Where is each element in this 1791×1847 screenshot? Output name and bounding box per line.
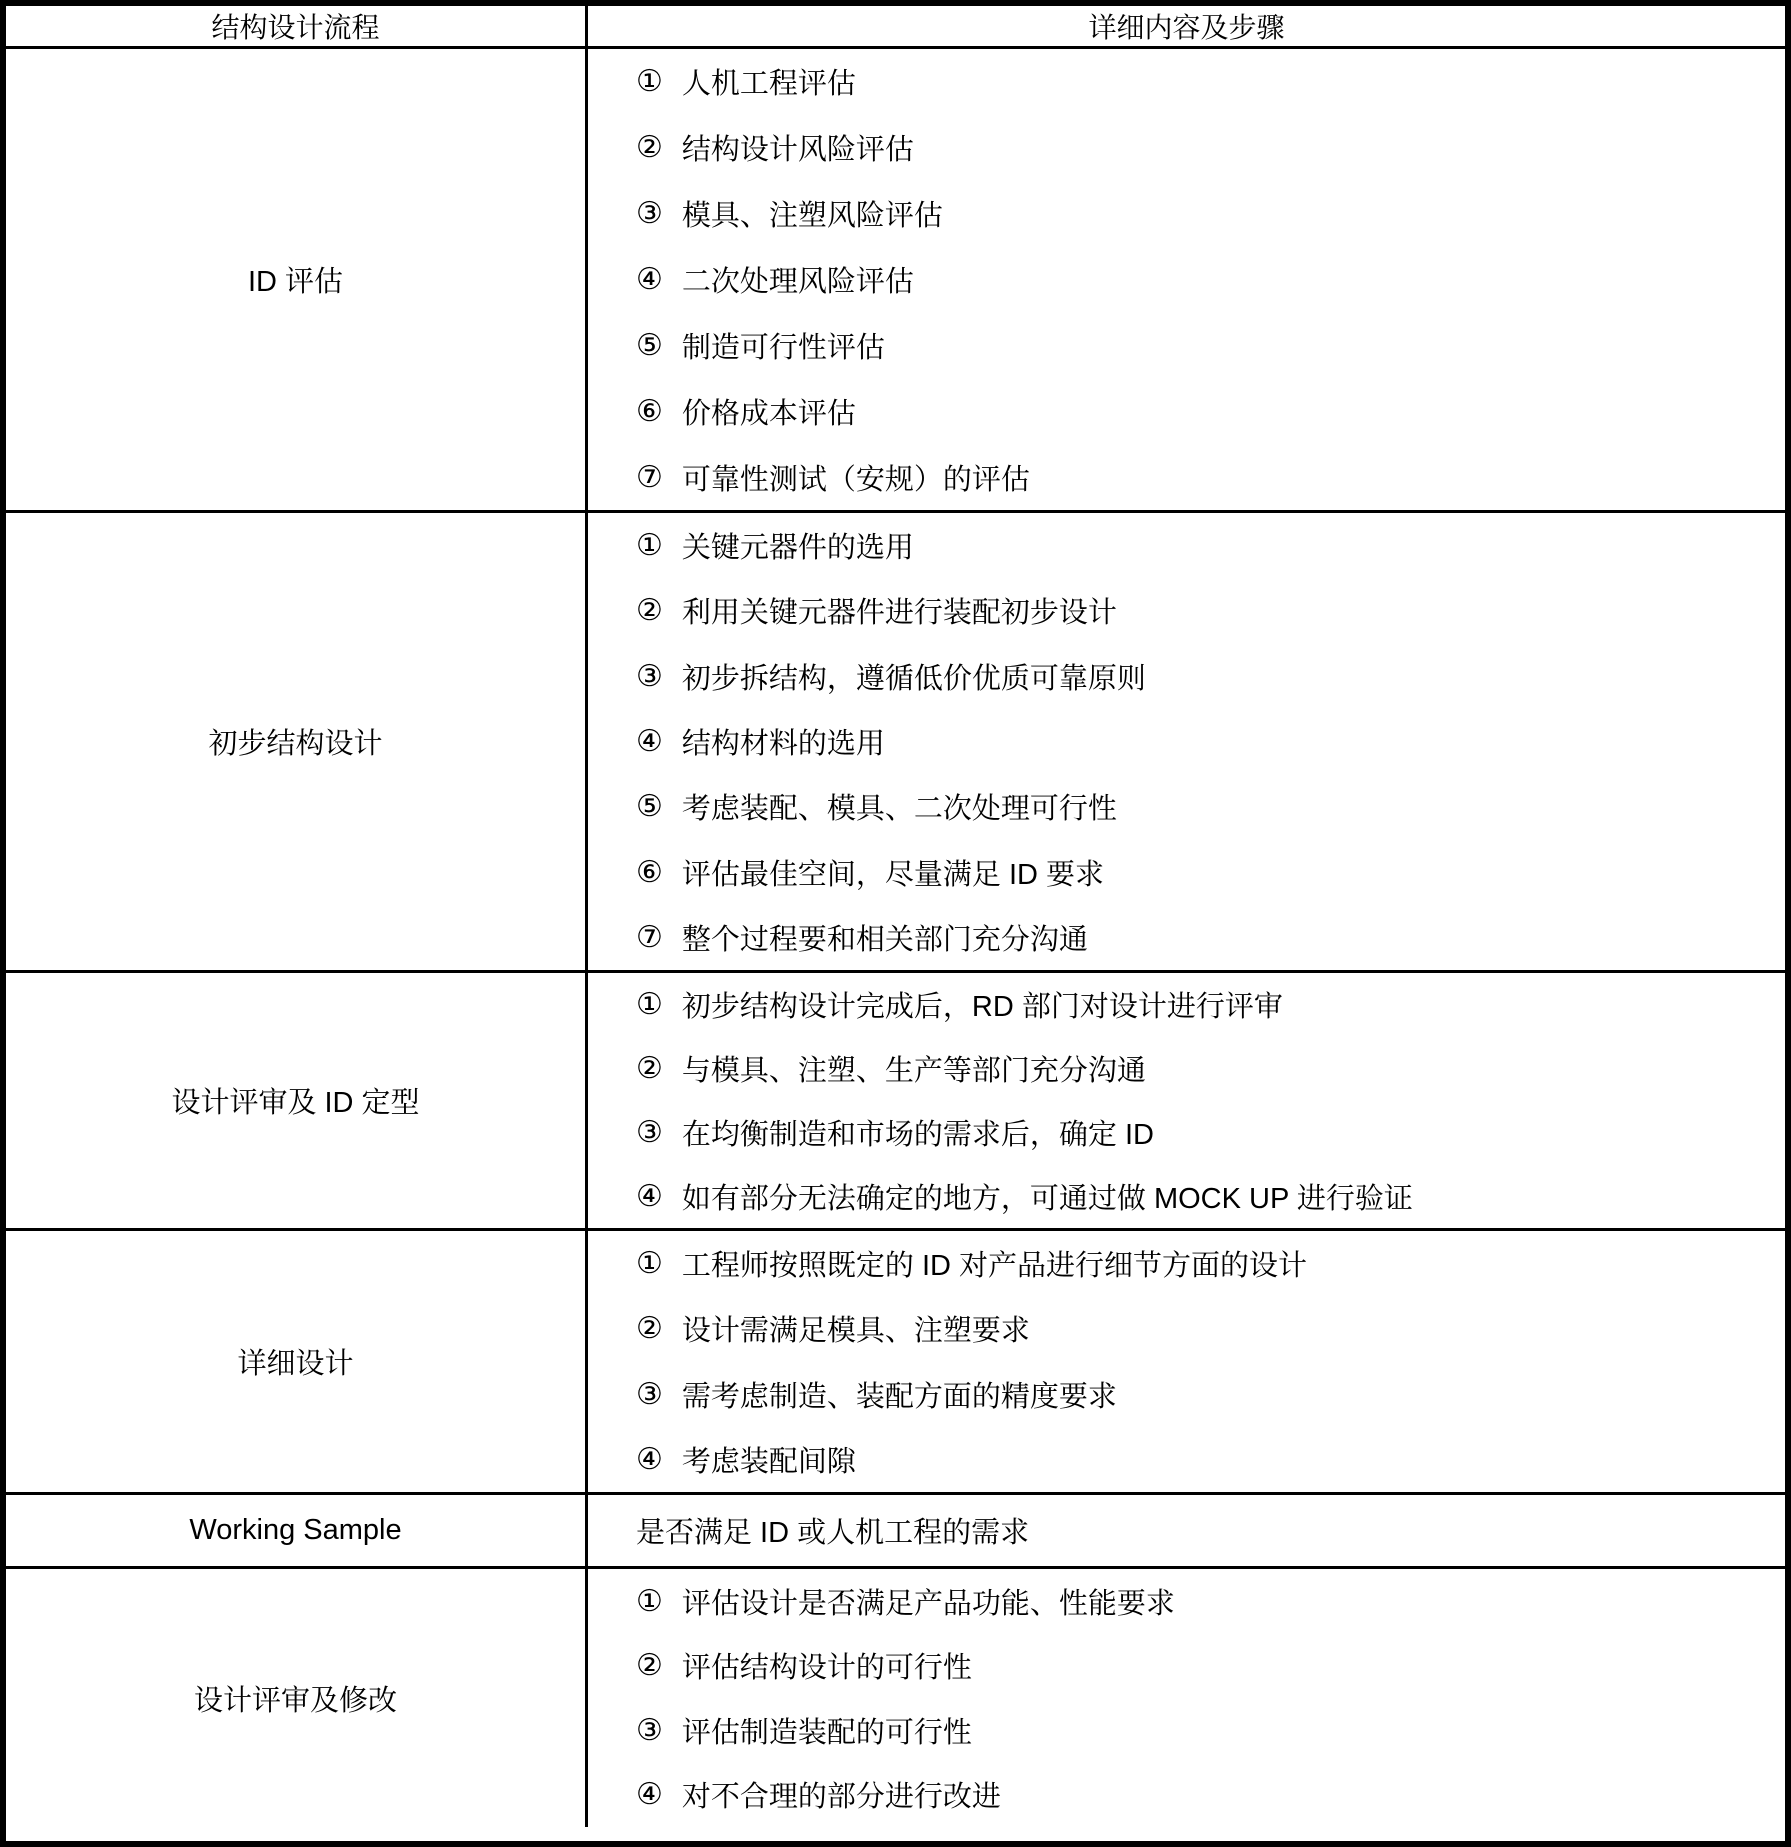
step-item: ①工程师按照既定的 ID 对产品进行细节方面的设计 <box>588 1231 1785 1296</box>
step-item: ③评估制造装配的可行性 <box>588 1698 1785 1763</box>
circled-number-marker: ② <box>636 593 663 628</box>
step-text: 利用关键元器件进行装配初步设计 <box>682 590 1765 631</box>
step-item: ①初步结构设计完成后，RD 部门对设计进行评审 <box>588 973 1785 1037</box>
content-cell: ①人机工程评估②结构设计风险评估③模具、注塑风险评估④二次处理风险评估⑤制造可行… <box>588 49 1785 510</box>
step-text: 人机工程评估 <box>682 61 1765 102</box>
circled-number-marker: ③ <box>636 196 663 231</box>
table-body: ID 评估①人机工程评估②结构设计风险评估③模具、注塑风险评估④二次处理风险评估… <box>6 46 1785 1827</box>
circled-number-marker: ① <box>636 1584 663 1619</box>
step-text: 评估制造装配的可行性 <box>682 1710 1765 1751</box>
table-row: 设计评审及修改①评估设计是否满足产品功能、性能要求②评估结构设计的可行性③评估制… <box>6 1566 1785 1827</box>
step-item: ⑥价格成本评估 <box>588 378 1785 444</box>
document-page: 结构设计流程 详细内容及步骤 ID 评估①人机工程评估②结构设计风险评估③模具、… <box>0 0 1791 1847</box>
stage-cell: Working Sample <box>6 1495 588 1566</box>
step-text: 结构材料的选用 <box>682 721 1765 762</box>
step-text: 对不合理的部分进行改进 <box>682 1774 1765 1815</box>
circled-number-marker: ① <box>636 1246 663 1281</box>
step-item: ④考虑装配间隙 <box>588 1427 1785 1492</box>
circled-number-marker: ③ <box>636 659 663 694</box>
circled-number-marker: ④ <box>636 1777 663 1812</box>
step-text: 模具、注塑风险评估 <box>682 193 1765 234</box>
table-row: 设计评审及 ID 定型①初步结构设计完成后，RD 部门对设计进行评审②与模具、注… <box>6 970 1785 1228</box>
header-stage-cell: 结构设计流程 <box>6 6 588 46</box>
circled-number-marker: ② <box>636 1051 663 1086</box>
circled-number-marker: ③ <box>636 1115 663 1150</box>
step-item: ②设计需满足模具、注塑要求 <box>588 1296 1785 1361</box>
step-item: ⑥评估最佳空间，尽量满足 ID 要求 <box>588 839 1785 904</box>
circled-number-marker: ② <box>636 1648 663 1683</box>
step-text: 需考虑制造、装配方面的精度要求 <box>682 1374 1765 1415</box>
step-item: ②利用关键元器件进行装配初步设计 <box>588 578 1785 643</box>
step-text: 评估结构设计的可行性 <box>682 1645 1765 1686</box>
circled-number-marker: ③ <box>636 1713 663 1748</box>
step-item: ④对不合理的部分进行改进 <box>588 1763 1785 1828</box>
circled-number-marker: ① <box>636 987 663 1022</box>
table-row: 详细设计①工程师按照既定的 ID 对产品进行细节方面的设计②设计需满足模具、注塑… <box>6 1228 1785 1492</box>
circled-number-marker: ⑤ <box>636 328 663 363</box>
stage-cell: 初步结构设计 <box>6 513 588 970</box>
step-text: 初步结构设计完成后，RD 部门对设计进行评审 <box>682 984 1765 1025</box>
step-item: ②评估结构设计的可行性 <box>588 1634 1785 1699</box>
content-cell: ①工程师按照既定的 ID 对产品进行细节方面的设计②设计需满足模具、注塑要求③需… <box>588 1231 1785 1492</box>
circled-number-marker: ④ <box>636 724 663 759</box>
step-item: ④结构材料的选用 <box>588 709 1785 774</box>
circled-number-marker: ④ <box>636 262 663 297</box>
process-table: 结构设计流程 详细内容及步骤 ID 评估①人机工程评估②结构设计风险评估③模具、… <box>0 0 1791 1847</box>
step-item: ③需考虑制造、装配方面的精度要求 <box>588 1362 1785 1427</box>
step-text: 关键元器件的选用 <box>682 525 1765 566</box>
step-item: ①人机工程评估 <box>588 49 1785 115</box>
circled-number-marker: ⑥ <box>636 394 663 429</box>
content-cell: ①评估设计是否满足产品功能、性能要求②评估结构设计的可行性③评估制造装配的可行性… <box>588 1569 1785 1827</box>
step-item: ③在均衡制造和市场的需求后，确定 ID <box>588 1101 1785 1165</box>
step-text: 二次处理风险评估 <box>682 259 1765 300</box>
circled-number-marker: ⑦ <box>636 920 663 955</box>
step-text: 考虑装配间隙 <box>682 1439 1765 1480</box>
step-item: ①评估设计是否满足产品功能、性能要求 <box>588 1569 1785 1634</box>
stage-cell: ID 评估 <box>6 49 588 510</box>
circled-number-marker: ② <box>636 130 663 165</box>
stage-cell: 设计评审及修改 <box>6 1569 588 1827</box>
table-row: Working Sample是否满足 ID 或人机工程的需求 <box>6 1492 1785 1566</box>
step-text: 如有部分无法确定的地方，可通过做 MOCK UP 进行验证 <box>682 1176 1765 1217</box>
step-text: 评估设计是否满足产品功能、性能要求 <box>682 1581 1765 1622</box>
table-row: 初步结构设计①关键元器件的选用②利用关键元器件进行装配初步设计③初步拆结构，遵循… <box>6 510 1785 970</box>
step-text: 在均衡制造和市场的需求后，确定 ID <box>682 1112 1765 1153</box>
content-cell: 是否满足 ID 或人机工程的需求 <box>588 1495 1785 1566</box>
stage-cell: 详细设计 <box>6 1231 588 1492</box>
step-text: 与模具、注塑、生产等部门充分沟通 <box>682 1048 1765 1089</box>
step-item: ④如有部分无法确定的地方，可通过做 MOCK UP 进行验证 <box>588 1164 1785 1228</box>
step-item: ⑦整个过程要和相关部门充分沟通 <box>588 905 1785 970</box>
circled-number-marker: ④ <box>636 1179 663 1214</box>
table-row: ID 评估①人机工程评估②结构设计风险评估③模具、注塑风险评估④二次处理风险评估… <box>6 46 1785 510</box>
circled-number-marker: ⑤ <box>636 789 663 824</box>
step-item: ②结构设计风险评估 <box>588 115 1785 181</box>
step-item: ⑦可靠性测试（安规）的评估 <box>588 444 1785 510</box>
stage-cell: 设计评审及 ID 定型 <box>6 973 588 1228</box>
step-item: ④二次处理风险评估 <box>588 247 1785 313</box>
table-header-row: 结构设计流程 详细内容及步骤 <box>6 6 1785 46</box>
circled-number-marker: ① <box>636 528 663 563</box>
step-text: 工程师按照既定的 ID 对产品进行细节方面的设计 <box>682 1243 1765 1284</box>
step-item: ③初步拆结构，遵循低价优质可靠原则 <box>588 644 1785 709</box>
content-cell: ①关键元器件的选用②利用关键元器件进行装配初步设计③初步拆结构，遵循低价优质可靠… <box>588 513 1785 970</box>
step-item: ②与模具、注塑、生产等部门充分沟通 <box>588 1037 1785 1101</box>
content-cell: ①初步结构设计完成后，RD 部门对设计进行评审②与模具、注塑、生产等部门充分沟通… <box>588 973 1785 1228</box>
step-text: 可靠性测试（安规）的评估 <box>682 457 1765 498</box>
step-text: 价格成本评估 <box>682 391 1765 432</box>
circled-number-marker: ① <box>636 64 663 99</box>
circled-number-marker: ⑦ <box>636 460 663 495</box>
header-content-cell: 详细内容及步骤 <box>588 6 1785 46</box>
step-text: 评估最佳空间，尽量满足 ID 要求 <box>682 852 1765 893</box>
step-item: 是否满足 ID 或人机工程的需求 <box>588 1495 1785 1566</box>
step-text: 整个过程要和相关部门充分沟通 <box>682 917 1765 958</box>
circled-number-marker: ③ <box>636 1377 663 1412</box>
step-item: ①关键元器件的选用 <box>588 513 1785 578</box>
step-text: 是否满足 ID 或人机工程的需求 <box>636 1510 1765 1551</box>
step-text: 考虑装配、模具、二次处理可行性 <box>682 786 1765 827</box>
step-text: 制造可行性评估 <box>682 325 1765 366</box>
step-item: ⑤考虑装配、模具、二次处理可行性 <box>588 774 1785 839</box>
step-text: 结构设计风险评估 <box>682 127 1765 168</box>
circled-number-marker: ② <box>636 1311 663 1346</box>
step-item: ③模具、注塑风险评估 <box>588 181 1785 247</box>
circled-number-marker: ④ <box>636 1442 663 1477</box>
step-text: 设计需满足模具、注塑要求 <box>682 1308 1765 1349</box>
step-text: 初步拆结构，遵循低价优质可靠原则 <box>682 656 1765 697</box>
circled-number-marker: ⑥ <box>636 855 663 890</box>
step-item: ⑤制造可行性评估 <box>588 312 1785 378</box>
